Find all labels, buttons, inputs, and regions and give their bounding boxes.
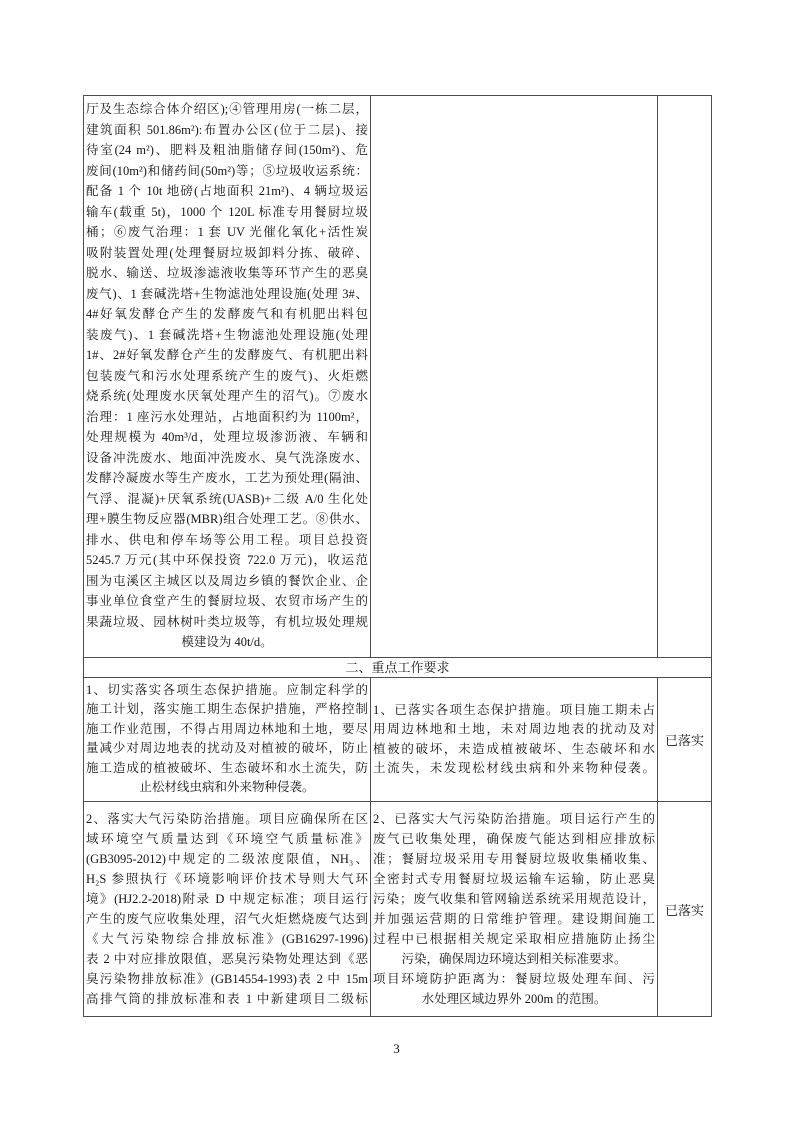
requirement-cell-1: 1、切实落实各项生态保护措施。应制定科学的 施工计划，落实施工期生态保护措施，严… (84, 678, 371, 801)
status-cell-2: 已落实 (658, 802, 711, 1016)
implementation-1-text: 1、已落实各项生态保护措施。项目施工期未占 用周边林地和土地，未对周边地表的扰动… (373, 701, 655, 779)
empty-middle-cell (371, 96, 658, 657)
table-row-2: 2、落实大气污染防治措施。项目应确保所在区 域环境空气质量达到《环境空气质量标准… (84, 801, 711, 1016)
implementation-cell-2: 2、已落实大气污染防治措施。项目运行产生的 废气已收集处理，确保废气能达到相应排… (371, 802, 658, 1016)
status-badge-1: 已落实 (665, 730, 704, 749)
table-row-section-header: 二、重点工作要求 (84, 657, 711, 677)
implementation-cell-1: 1、已落实各项生态保护措施。项目施工期未占 用周边林地和土地，未对周边地表的扰动… (371, 678, 658, 801)
empty-status-cell (658, 96, 711, 657)
requirement-2-text: 2、落实大气污染防治措施。项目应确保所在区 域环境空气质量达到《环境空气质量标准… (86, 809, 368, 1009)
table-row-continuation: 厅及生态综合体介绍区);④管理用房(一栋二层， 建筑面积 501.86m²):布… (84, 96, 711, 657)
project-description-last-line: 模建设为 40t/d。 (86, 632, 368, 653)
review-table: 厅及生态综合体介绍区);④管理用房(一栋二层， 建筑面积 501.86m²):布… (83, 95, 712, 1017)
requirement-1-text: 1、切实落实各项生态保护措施。应制定科学的 施工计划，落实施工期生态保护措施，严… (86, 681, 368, 778)
implementation-2-paragraph-1: 2、已落实大气污染防治措施。项目运行产生的 废气已收集处理，确保废气能达到相应排… (373, 809, 655, 949)
requirement-1-last-line: 止松材线虫病和外来物种侵袭。 (86, 778, 368, 797)
implementation-2-paragraph-2: 项目环境防护距离为：餐厨垃圾处理车间、污 (373, 969, 655, 989)
project-description-cell: 厅及生态综合体介绍区);④管理用房(一栋二层， 建筑面积 501.86m²):布… (84, 96, 371, 657)
page-number: 3 (0, 1041, 793, 1057)
section-header-title: 二、重点工作要求 (84, 658, 711, 677)
implementation-2-paragraph-2-last-line: 水处理区域边界外 200m 的范围。 (373, 989, 655, 1009)
status-badge-2: 已落实 (665, 900, 704, 919)
table-row-1: 1、切实落实各项生态保护措施。应制定科学的 施工计划，落实施工期生态保护措施，严… (84, 677, 711, 801)
requirement-cell-2: 2、落实大气污染防治措施。项目应确保所在区 域环境空气质量达到《环境空气质量标准… (84, 802, 371, 1016)
project-description-text: 厅及生态综合体介绍区);④管理用房(一栋二层， 建筑面积 501.86m²):布… (86, 99, 368, 632)
implementation-2-paragraph-1-last-line: 污染，确保周边环境达到相关标准要求。 (373, 949, 655, 969)
status-cell-1: 已落实 (658, 678, 711, 801)
